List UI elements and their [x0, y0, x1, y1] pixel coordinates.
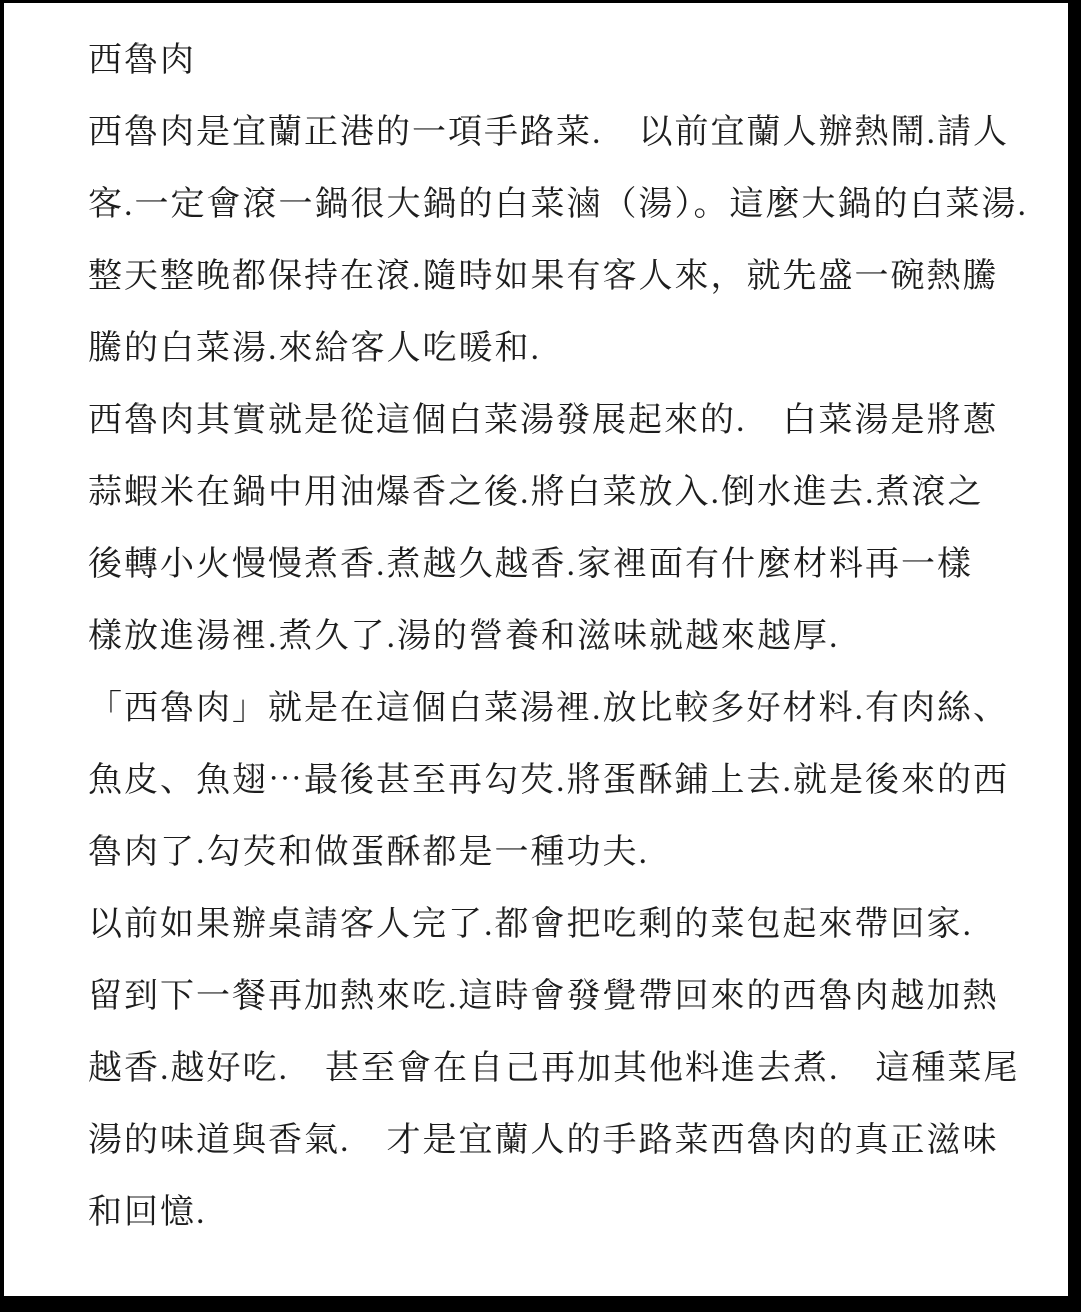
- text-line: 魯肉了.勾芡和做蛋酥都是一種功夫.: [88, 817, 1028, 889]
- text-line: 魚皮、魚翅⋯最後甚至再勾芡.將蛋酥鋪上去.就是後來的西: [88, 745, 1028, 817]
- text-line: 以前如果辦桌請客人完了.都會把吃剩的菜包起來帶回家.: [88, 889, 1028, 961]
- text-line: 整天整晚都保持在滾.隨時如果有客人來，就先盛一碗熱騰: [88, 241, 1028, 313]
- paragraph-4: 以前如果辦桌請客人完了.都會把吃剩的菜包起來帶回家. 留到下一餐再加熱來吃.這時…: [88, 889, 1028, 1249]
- paragraph-3: 「西魯肉」就是在這個白菜湯裡.放比較多好材料.有肉絲、 魚皮、魚翅⋯最後甚至再勾…: [88, 673, 1028, 889]
- document-title: 西魯肉: [88, 25, 1028, 97]
- text-line: 後轉小火慢慢煮香.煮越久越香.家裡面有什麼材料再一樣: [88, 529, 1028, 601]
- text-line: 和回憶.: [88, 1177, 1028, 1249]
- text-line: 留到下一餐再加熱來吃.這時會發覺帶回來的西魯肉越加熱: [88, 961, 1028, 1033]
- text-line: 「西魯肉」就是在這個白菜湯裡.放比較多好材料.有肉絲、: [88, 673, 1028, 745]
- paragraph-2: 西魯肉其實就是從這個白菜湯發展起來的. 白菜湯是將蔥 蒜蝦米在鍋中用油爆香之後.…: [88, 385, 1028, 673]
- text-line: 西魯肉是宜蘭正港的一項手路菜. 以前宜蘭人辦熱鬧.請人: [88, 97, 1028, 169]
- text-line: 客.一定會滾一鍋很大鍋的白菜滷（湯）。這麼大鍋的白菜湯.: [88, 169, 1028, 241]
- paragraph-1: 西魯肉是宜蘭正港的一項手路菜. 以前宜蘭人辦熱鬧.請人 客.一定會滾一鍋很大鍋的…: [88, 97, 1028, 385]
- text-line: 湯的味道與香氣. 才是宜蘭人的手路菜西魯肉的真正滋味: [88, 1105, 1028, 1177]
- text-line: 越香.越好吃. 甚至會在自己再加其他料進去煮. 這種菜尾: [88, 1033, 1028, 1105]
- text-line: 西魯肉其實就是從這個白菜湯發展起來的. 白菜湯是將蔥: [88, 385, 1028, 457]
- document-body: 西魯肉 西魯肉是宜蘭正港的一項手路菜. 以前宜蘭人辦熱鬧.請人 客.一定會滾一鍋…: [88, 25, 1028, 1249]
- text-line: 騰的白菜湯.來給客人吃暖和.: [88, 313, 1028, 385]
- text-line: 蒜蝦米在鍋中用油爆香之後.將白菜放入.倒水進去.煮滾之: [88, 457, 1028, 529]
- text-line: 樣放進湯裡.煮久了.湯的營養和滋味就越來越厚.: [88, 601, 1028, 673]
- scanned-page: 西魯肉 西魯肉是宜蘭正港的一項手路菜. 以前宜蘭人辦熱鬧.請人 客.一定會滾一鍋…: [0, 0, 1081, 1312]
